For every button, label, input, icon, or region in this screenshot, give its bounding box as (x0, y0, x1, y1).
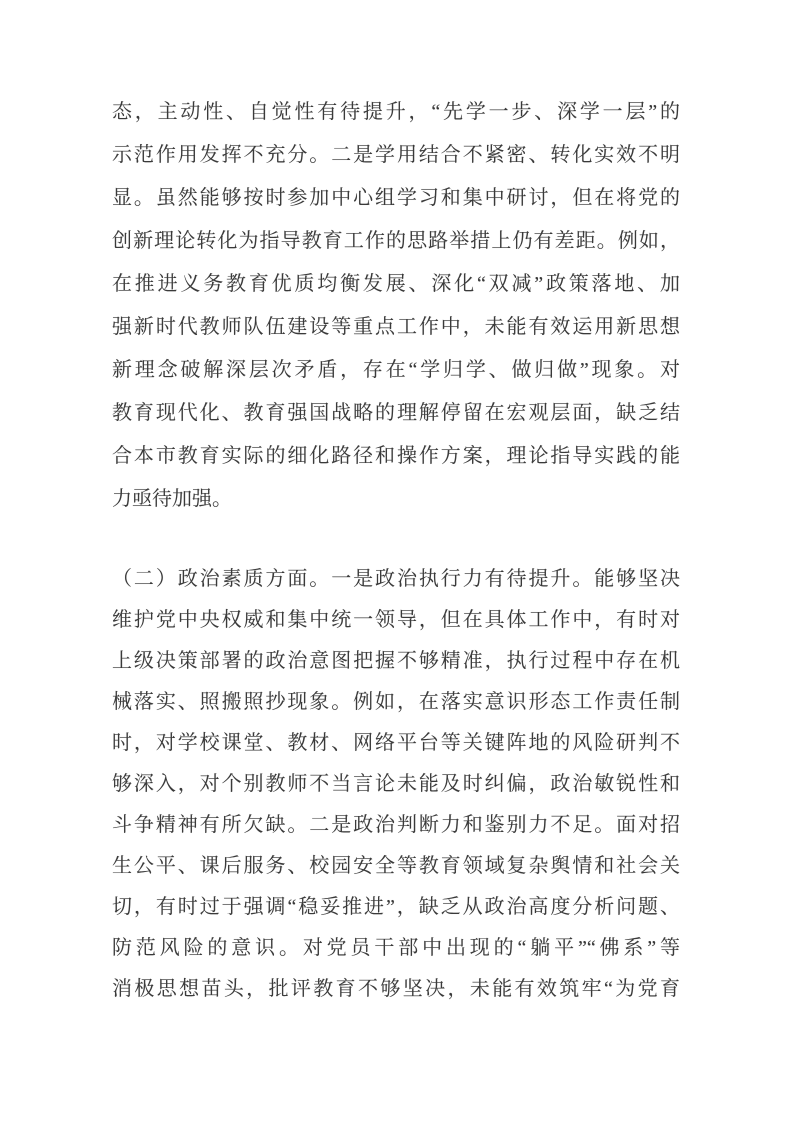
text-line: 够深入，对个别教师不当言论未能及时纠偏，政治敏锐性和 (112, 764, 680, 805)
text-line: 显。虽然能够按时参加中心组学习和集中研讨，但在将党的 (112, 177, 680, 220)
text-line: 合本市教育实际的细化路径和操作方案，理论指导实践的能 (112, 435, 680, 478)
text-line: 消极思想苗头，批评教育不够坚决，未能有效筑牢“为党育 (112, 969, 680, 1010)
text-line: （二）政治素质方面。一是政治执行力有待提升。能够坚决 (112, 559, 680, 600)
document-page: 态，主动性、自觉性有待提升，“先学一步、深学一层”的示范作用发挥不充分。二是学用… (0, 0, 793, 1122)
text-line: 新理念破解深层次矛盾，存在“学归学、做归做”现象。对 (112, 349, 680, 392)
text-line: 创新理论转化为指导教育工作的思路举措上仍有差距。例如， (112, 220, 680, 263)
text-line: 在推进义务教育优质均衡发展、深化“双减”政策落地、加 (112, 263, 680, 306)
text-line: 力亟待加强。 (112, 478, 680, 521)
text-line: 上级决策部署的政治意图把握不够精准，执行过程中存在机 (112, 641, 680, 682)
text-line: 防范风险的意识。对党员干部中出现的“躺平”“佛系”等 (112, 928, 680, 969)
text-line: 示范作用发挥不充分。二是学用结合不紧密、转化实效不明 (112, 134, 680, 177)
text-line: 时，对学校课堂、教材、网络平台等关键阵地的风险研判不 (112, 723, 680, 764)
paragraph-2: （二）政治素质方面。一是政治执行力有待提升。能够坚决维护党中央权威和集中统一领导… (112, 559, 680, 1010)
text-line: 械落实、照搬照抄现象。例如，在落实意识形态工作责任制 (112, 682, 680, 723)
text-line: 教育现代化、教育强国战略的理解停留在宏观层面，缺乏结 (112, 392, 680, 435)
text-line: 生公平、课后服务、校园安全等教育领域复杂舆情和社会关 (112, 846, 680, 887)
text-line: 维护党中央权威和集中统一领导，但在具体工作中，有时对 (112, 600, 680, 641)
text-line: 切，有时过于强调“稳妥推进”，缺乏从政治高度分析问题、 (112, 887, 680, 928)
text-line: 斗争精神有所欠缺。二是政治判断力和鉴别力不足。面对招 (112, 805, 680, 846)
text-line: 强新时代教师队伍建设等重点工作中，未能有效运用新思想 (112, 306, 680, 349)
paragraph-1: 态，主动性、自觉性有待提升，“先学一步、深学一层”的示范作用发挥不充分。二是学用… (112, 91, 680, 521)
text-line: 态，主动性、自觉性有待提升，“先学一步、深学一层”的 (112, 91, 680, 134)
